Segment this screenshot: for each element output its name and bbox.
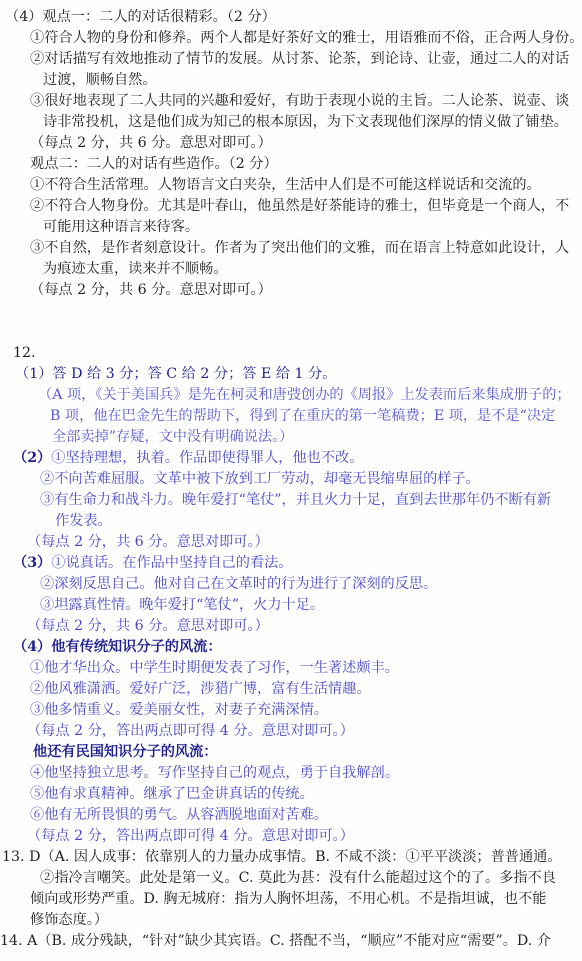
answer-line-text: 12. [13, 345, 36, 361]
answer-text-line: 他还有民国知识分子的风流： [0, 742, 582, 763]
answer-number-bold-prefix: （2） [13, 450, 51, 466]
answer-text-line: ⑥他有无所畏惧的勇气。从容洒脱地面对苦难。 [0, 805, 582, 826]
answer-text-line: （每点 2 分，共 6 分。意思对即可。） [0, 616, 582, 637]
answer-text-line: （每点 2 分，共 6 分。意思对即可。） [0, 133, 582, 154]
answer-line-text: 14. A（B. 成分残缺，“针对”缺少其宾语。C. 搭配不当，“顺应”不能对应… [0, 933, 551, 949]
answer-line-text: ⑥他有无所畏惧的勇气。从容洒脱地面对苦难。 [30, 807, 328, 823]
answer-line-text: ③很好地表现了二人共同的兴趣和爱好，有助于表现小说的主旨。二人论茶、说壶、谈 [30, 93, 569, 109]
answer-line-text: ②不向苦难屈服。文革中被下放到工厂劳动，却毫无畏缩卑屈的样子。 [40, 471, 480, 487]
answer-text-line: 12. [0, 343, 582, 364]
answer-text-line: ②不向苦难屈服。文革中被下放到工厂劳动，却毫无畏缩卑屈的样子。 [0, 469, 582, 490]
answer-text-line: 13. D（A. 因人成事：依靠别人的力量办成事情。B. 不咸不淡：①平平淡淡；… [0, 847, 582, 868]
answer-text-line: ③很好地表现了二人共同的兴趣和爱好，有助于表现小说的主旨。二人论茶、说壶、谈 [0, 91, 582, 112]
answer-line-text: 观点二：二人的对话有些造作。（2 分） [30, 156, 278, 172]
answer-line-text: 全部卖掉”存疑，文中没有明确说法。） [52, 429, 293, 445]
answer-text-line: ②不符合人物身份。尤其是叶春山，他虽然是好茶能诗的雅士，但毕竟是一个商人，不 [0, 196, 582, 217]
answer-text-line: （每点 2 分，答出两点即可得 4 分。意思对即可。） [0, 721, 582, 742]
answer-text-line: 为痕迹太重，读来并不顺畅。 [0, 259, 582, 280]
answer-text-line: 过渡，顺畅自然。 [0, 70, 582, 91]
answer-line-text: B 项，他在巴金先生的帮助下，得到了在重庆的第一笔稿费；E 项，是不是“决定 [50, 408, 555, 424]
answer-text-line: ⑤他有求真精神。继承了巴金讲真话的传统。 [0, 784, 582, 805]
answer-line-text: 修饰态度。） [30, 912, 108, 928]
answer-text-line: （每点 2 分，答出两点即可得 4 分。意思对即可。） [0, 826, 582, 847]
answer-line-text: ②深刻反思自己。他对自己在文革时的行为进行了深刻的反思。 [40, 576, 437, 592]
answer-line-text: （每点 2 分，共 6 分。意思对即可。） [27, 618, 269, 634]
answer-sheet-page: （4）观点一：二人的对话很精彩。（2 分）①符合人物的身份和修养。两个人都是好茶… [0, 0, 582, 961]
answer-text-line: 观点二：二人的对话有些造作。（2 分） [0, 154, 582, 175]
answer-text-line: （3）①说真话。在作品中坚持自己的看法。 [0, 553, 582, 574]
answer-text-line: （1）答 D 给 3 分；答 C 给 2 分；答 E 给 1 分。 [0, 364, 582, 385]
answer-line-text: ③他多情重义。爱美丽女性，对妻子充满深情。 [30, 702, 328, 718]
answer-line-text: 可能用这种语言来待客。 [43, 219, 199, 235]
answer-line-text: ⑤他有求真精神。继承了巴金讲真话的传统。 [30, 786, 314, 802]
answer-text-line: 全部卖掉”存疑，文中没有明确说法。） [0, 427, 582, 448]
answer-text-line: ①不符合生活常理。人物语言文白夹杂，生活中人们是不可能这样说话和交流的。 [0, 175, 582, 196]
answer-line-text: 过渡，顺畅自然。 [43, 72, 157, 88]
answer-line-text: ②指冷言嘲笑。此处是第一义。C. 莫此为甚：没有什么能超过这个的了。多指不良 [40, 870, 556, 886]
answer-line-text: 13. D（A. 因人成事：依靠别人的力量办成事情。B. 不咸不淡：①平平淡淡；… [2, 849, 562, 865]
answer-text-line: 14. A（B. 成分残缺，“针对”缺少其宾语。C. 搭配不当，“顺应”不能对应… [0, 931, 582, 952]
answer-text-line: ③不自然，是作者刻意设计。作者为了突出他们的文雅，而在语言上特意如此设计，人 [0, 238, 582, 259]
answer-text-line: ③坦露真性情。晚年爱打“笔仗”，火力十足。 [0, 595, 582, 616]
answer-line-text: （A 项，《关于美国兵》是先在柯灵和唐弢创办的《周报》上发表而后来集成册子的； [38, 387, 571, 403]
answer-line-text: （每点 2 分，答出两点即可得 4 分。意思对即可。） [27, 828, 354, 844]
answer-line-text: ①符合人物的身份和修养。两个人都是好茶好文的雅士，用语雅而不俗，正合两人身份。 [30, 30, 582, 46]
answer-text-line: （4）他有传统知识分子的风流： [0, 637, 582, 658]
answer-text-line: 倾向或形势严重。D. 胸无城府：指为人胸怀坦荡，不用心机。不是指坦诚，也不能 [0, 889, 582, 910]
answer-line-text: ②不符合人物身份。尤其是叶春山，他虽然是好茶能诗的雅士，但毕竟是一个商人，不 [30, 198, 569, 214]
answer-text-line: ①符合人物的身份和修养。两个人都是好茶好文的雅士，用语雅而不俗，正合两人身份。 [0, 28, 582, 49]
blank-line [0, 322, 582, 343]
answer-text-line: （2）①坚持理想，执着。作品即使得罪人，他也不改。 [0, 448, 582, 469]
answer-line-text: （1）答 D 给 3 分；答 C 给 2 分；答 E 给 1 分。 [15, 366, 336, 382]
answer-text-line: ②他风雅潇洒。爱好广泛，涉猎广博，富有生活情趣。 [0, 679, 582, 700]
answer-text-line: B 项，他在巴金先生的帮助下，得到了在重庆的第一笔稿费；E 项，是不是“决定 [0, 406, 582, 427]
answer-text-line: 修饰态度。） [0, 910, 582, 931]
answer-text-line: ②指冷言嘲笑。此处是第一义。C. 莫此为甚：没有什么能超过这个的了。多指不良 [0, 868, 582, 889]
answer-line-text: ①不符合生活常理。人物语言文白夹杂，生活中人们是不可能这样说话和交流的。 [30, 177, 541, 193]
answer-text-line: （每点 2 分，共 6 分。意思对即可。） [0, 280, 582, 301]
answer-line-text: 为痕迹太重，读来并不顺畅。 [43, 261, 227, 277]
answer-text-line: （A 项，《关于美国兵》是先在柯灵和唐弢创办的《周报》上发表而后来集成册子的； [0, 385, 582, 406]
answer-text-line: ③他多情重义。爱美丽女性，对妻子充满深情。 [0, 700, 582, 721]
answer-text-line: ④他坚持独立思考。写作坚持自己的观点，勇于自我解剖。 [0, 763, 582, 784]
answer-line-text: ③有生命力和战斗力。晚年爱打“笔仗”，并且火力十足，直到去世那年仍不断有新 [40, 492, 551, 508]
answer-line-text: ③不自然，是作者刻意设计。作者为了突出他们的文雅，而在语言上特意如此设计，人 [30, 240, 569, 256]
answer-line-text: ②对话描写有效地推动了情节的发展。从讨茶、论茶，到论诗、让壶，通过二人的对话 [30, 51, 569, 67]
answer-line-text: 作发表。 [55, 513, 112, 529]
answer-line-text: （每点 2 分，共 6 分。意思对即可。） [27, 534, 269, 550]
answer-number-bold-prefix: （3） [13, 555, 51, 571]
answer-line-text: （4）观点一：二人的对话很精彩。（2 分） [5, 9, 276, 25]
answer-line-text: ④他坚持独立思考。写作坚持自己的观点，勇于自我解剖。 [30, 765, 399, 781]
answer-line-text: ③坦露真性情。晚年爱打“笔仗”，火力十足。 [40, 597, 324, 613]
answer-line-text: ①他才华出众。中学生时期便发表了习作，一生著述颇丰。 [30, 660, 399, 676]
answer-text-line: ②对话描写有效地推动了情节的发展。从讨茶、论茶，到论诗、让壶，通过二人的对话 [0, 49, 582, 70]
answer-text-line: ②深刻反思自己。他对自己在文革时的行为进行了深刻的反思。 [0, 574, 582, 595]
answer-line-text: 他有传统知识分子的风流： [51, 639, 221, 655]
answer-line-text: 诗非常投机，这是他们成为知己的根本原因，为下文表现他们深厚的情义做了铺垫。 [43, 114, 568, 130]
answer-text-line: （每点 2 分，共 6 分。意思对即可。） [0, 532, 582, 553]
answer-number-bold-prefix: （4） [13, 639, 51, 655]
answer-line-text: （每点 2 分，共 6 分。意思对即可。） [30, 282, 272, 298]
answer-text-line: 可能用这种语言来待客。 [0, 217, 582, 238]
answer-line-text: ②他风雅潇洒。爱好广泛，涉猎广博，富有生活情趣。 [30, 681, 371, 697]
answer-line-text: （每点 2 分，共 6 分。意思对即可。） [30, 135, 272, 151]
answer-text-line: 诗非常投机，这是他们成为知己的根本原因，为下文表现他们深厚的情义做了铺垫。 [0, 112, 582, 133]
answer-text-line: 作发表。 [0, 511, 582, 532]
answer-line-text: （每点 2 分，答出两点即可得 4 分。意思对即可。） [27, 723, 354, 739]
answer-line-text: ①说真话。在作品中坚持自己的看法。 [51, 555, 292, 571]
answer-text-line: ①他才华出众。中学生时期便发表了习作，一生著述颇丰。 [0, 658, 582, 679]
answer-text-line: （4）观点一：二人的对话很精彩。（2 分） [0, 7, 582, 28]
answer-line-text: 他还有民国知识分子的风流： [33, 744, 217, 760]
answer-line-text: 倾向或形势严重。D. 胸无城府：指为人胸怀坦荡，不用心机。不是指坦诚，也不能 [30, 891, 546, 907]
answer-line-text: ①坚持理想，执着。作品即使得罪人，他也不改。 [51, 450, 363, 466]
answer-text-line: ③有生命力和战斗力。晚年爱打“笔仗”，并且火力十足，直到去世那年仍不断有新 [0, 490, 582, 511]
document-body: （4）观点一：二人的对话很精彩。（2 分）①符合人物的身份和修养。两个人都是好茶… [0, 0, 582, 952]
blank-line [0, 301, 582, 322]
